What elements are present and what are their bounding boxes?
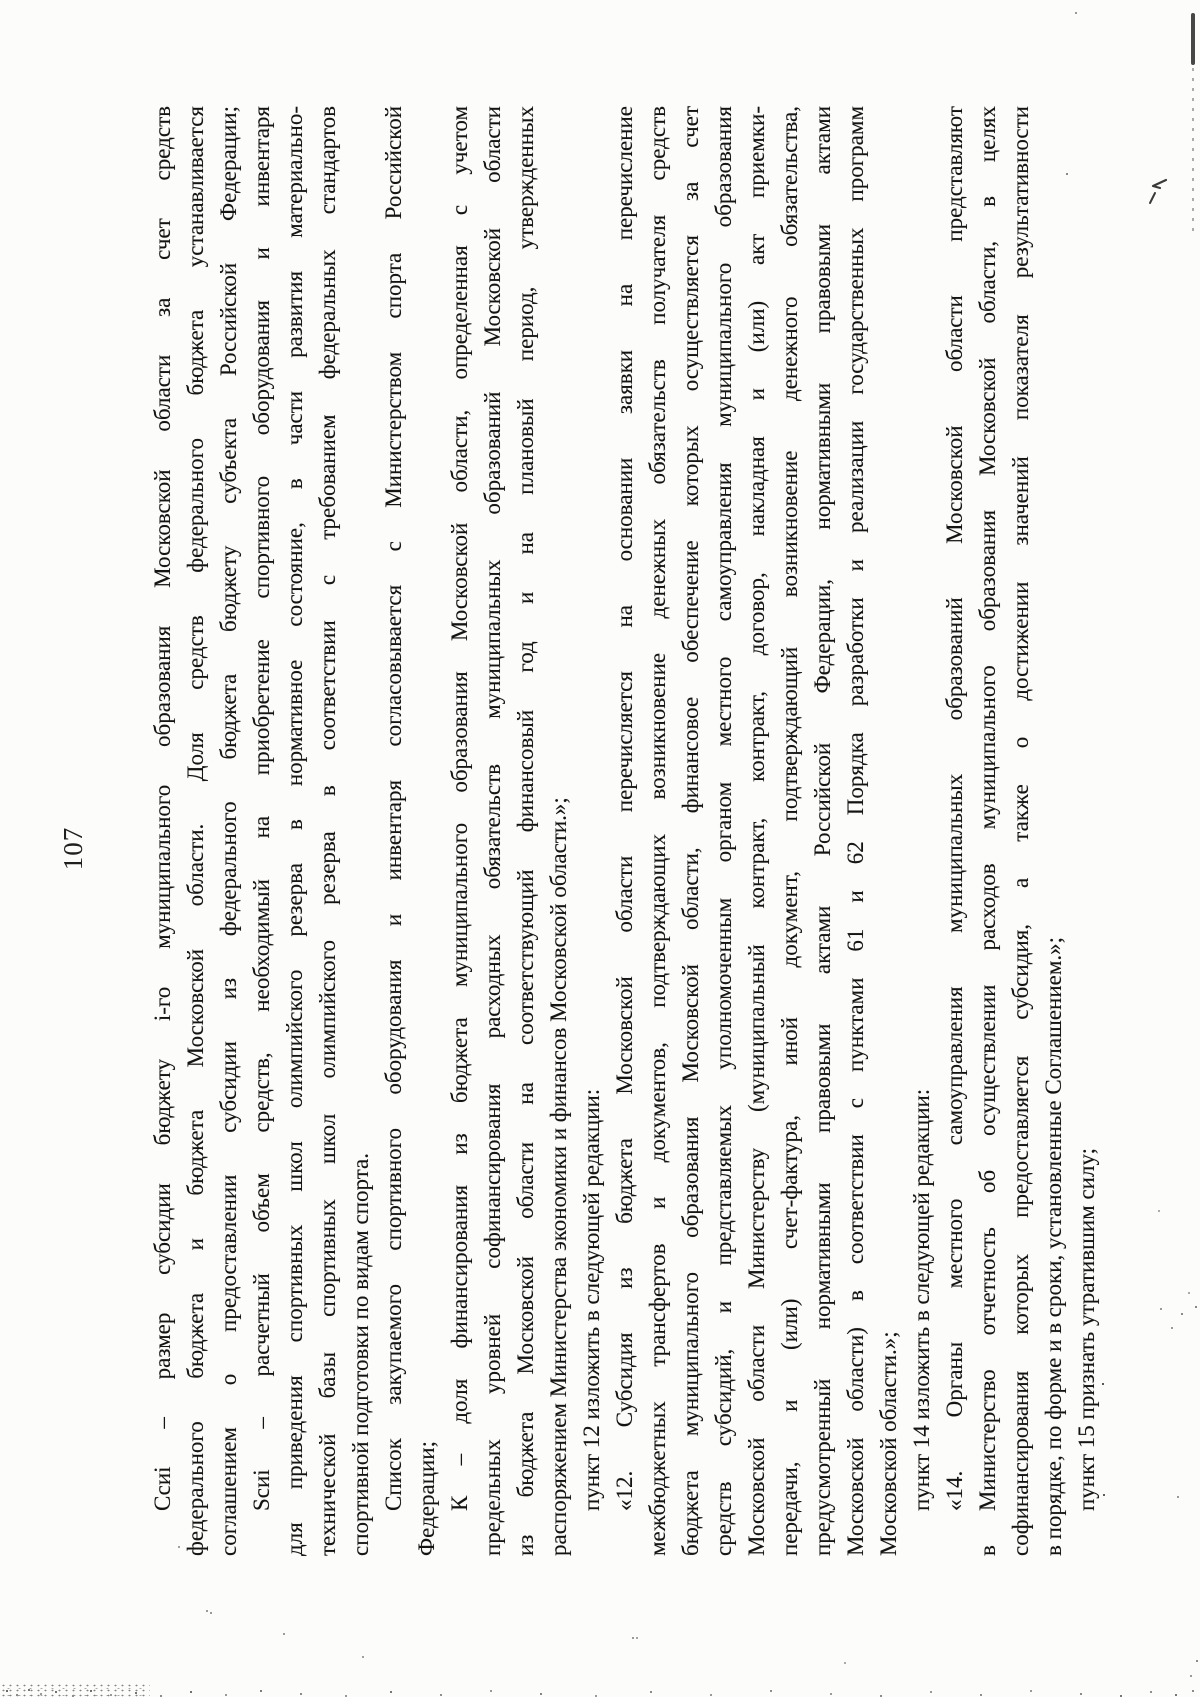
- scan-noise-cluster: [0, 1683, 150, 1697]
- page-number: 107: [58, 0, 89, 1697]
- pen-mark: [1146, 174, 1172, 211]
- text-line: для приведения спортивных школ олимпийск…: [278, 106, 311, 1556]
- text-line: Московской области) в соответствии с пун…: [839, 106, 872, 1556]
- text-line: Список закупаемого спортивного оборудова…: [377, 106, 410, 1556]
- text-line: Московской области Министерству (муницип…: [740, 106, 773, 1556]
- text-line: Sсиi – расчетный объем средств, необходи…: [245, 106, 278, 1556]
- text-line: средств субсидий, и представляемых уполн…: [707, 106, 740, 1556]
- rotated-document: 107 Ссиi – размер субсидии бюджету i-го …: [0, 0, 1200, 1697]
- text-line: предусмотренный нормативными правовыми а…: [806, 106, 839, 1556]
- text-line: пункт 15 признать утратившим силу;: [1070, 106, 1103, 1556]
- text-line: предельных уровней софинансирования расх…: [476, 106, 509, 1556]
- text-line: из бюджета Московской области на соответ…: [509, 106, 542, 1556]
- text-line: Федерации;: [410, 106, 443, 1556]
- text-line: в порядке, по форме и в сроки, установле…: [1037, 106, 1070, 1556]
- scan-noise-scatter: [0, 0, 2, 2]
- document-text-block: Ссиi – размер субсидии бюджету i-го муни…: [146, 106, 1103, 1556]
- scan-edge-artifact-dashes: [1192, 68, 1194, 233]
- text-line: К – доля финансирования из бюджета муниц…: [443, 106, 476, 1556]
- text-line: в Министерство отчетность об осуществлен…: [971, 106, 1004, 1556]
- text-line: спортивной подготовки по видам спорта.: [344, 106, 377, 1556]
- text-line: Ссиi – размер субсидии бюджету i-го муни…: [146, 106, 179, 1556]
- text-line: распоряжением Министерства экономики и ф…: [542, 106, 575, 1556]
- text-line: бюджета муниципального образования Моско…: [674, 106, 707, 1556]
- scan-noise-bottom-band: [0, 1687, 2, 1689]
- scanned-document-page: 107 Ссиi – размер субсидии бюджету i-го …: [0, 0, 1200, 1697]
- text-line: межбюджетных трансфертов и документов, п…: [641, 106, 674, 1556]
- text-line: пункт 12 изложить в следующей редакции:: [575, 106, 608, 1556]
- text-line: передачи, и (или) счет-фактура, иной док…: [773, 106, 806, 1556]
- text-line: софинансирования которых предоставляется…: [1004, 106, 1037, 1556]
- text-line: соглашением о предоставлении субсидии из…: [212, 106, 245, 1556]
- text-line: Московской области.»;: [872, 106, 905, 1556]
- scan-edge-artifact: [1191, 13, 1195, 65]
- text-line: федерального бюджета и бюджета Московско…: [179, 106, 212, 1556]
- text-line: пункт 14 изложить в следующей редакции:: [905, 106, 938, 1556]
- text-line: «12. Субсидия из бюджета Московской обла…: [608, 106, 641, 1556]
- text-line: технической базы спортивных школ олимпий…: [311, 106, 344, 1556]
- text-line: «14. Органы местного самоуправления муни…: [938, 106, 971, 1556]
